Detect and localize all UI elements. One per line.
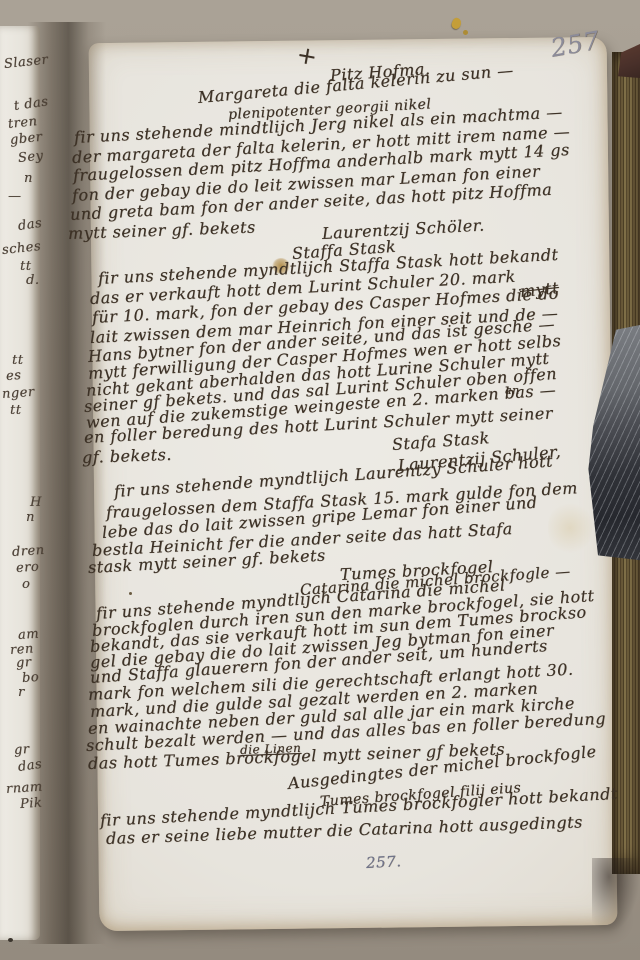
left-page-text-fragment: gr — [14, 743, 30, 757]
left-page-text-fragment: Slaser — [3, 53, 49, 71]
left-page-text-fragment: gber — [9, 131, 43, 147]
dust-speck — [129, 592, 132, 595]
left-page-text-fragment: n — [24, 172, 33, 185]
cross-mark: + — [295, 42, 319, 69]
left-page-text-fragment: es — [6, 369, 22, 383]
left-page-text-fragment: bo — [22, 671, 40, 685]
left-page-text-fragment: tt — [10, 404, 21, 417]
left-page-text-fragment: am — [18, 628, 40, 642]
left-page-text-fragment: rnam — [6, 780, 43, 796]
left-page-text-fragment: dren — [12, 544, 45, 559]
signature: Laurentzij Schöler. — [322, 217, 485, 242]
left-page-text-fragment: tren — [7, 115, 38, 131]
left-page-text-fragment: n — [26, 511, 35, 524]
handwriting-layer: Pitz Hofma.Margareta die falta kelerin z… — [0, 0, 640, 960]
left-page-text-fragment: o — [22, 578, 30, 591]
left-page-text-fragment: nger — [2, 386, 35, 401]
left-page-text-fragment: ero — [16, 560, 40, 575]
left-page-text-fragment: das — [17, 758, 43, 774]
pencil-page-number: 257 — [549, 28, 602, 61]
dust-speck — [8, 938, 13, 942]
left-page-text-fragment: — — [8, 190, 22, 203]
left-page-text-fragment: t das — [13, 95, 49, 113]
left-page-text-fragment: Pik — [20, 796, 43, 811]
body-line: gf. bekets. — [82, 447, 172, 466]
left-page-text-fragment: d. — [26, 274, 39, 287]
paper-crumb — [463, 30, 468, 35]
left-page-text-fragment: r — [18, 686, 25, 699]
left-page-text-fragment: H — [30, 496, 42, 509]
body-line: mytt seiner gf. bekets — [68, 219, 256, 242]
left-page-text-fragment: tt — [12, 354, 23, 367]
inserted-word: die Linen — [240, 742, 302, 756]
ink-folio-number: 257. — [366, 854, 402, 871]
manuscript-photo: Pitz Hofma.Margareta die falta kelerin z… — [0, 0, 640, 960]
left-page-text-fragment: Sey — [17, 149, 44, 165]
left-page-text-fragment: gr — [16, 656, 32, 670]
left-page-text-fragment: das — [17, 217, 43, 233]
left-page-text-fragment: tt — [20, 260, 31, 273]
left-page-text-fragment: sches — [1, 240, 41, 257]
